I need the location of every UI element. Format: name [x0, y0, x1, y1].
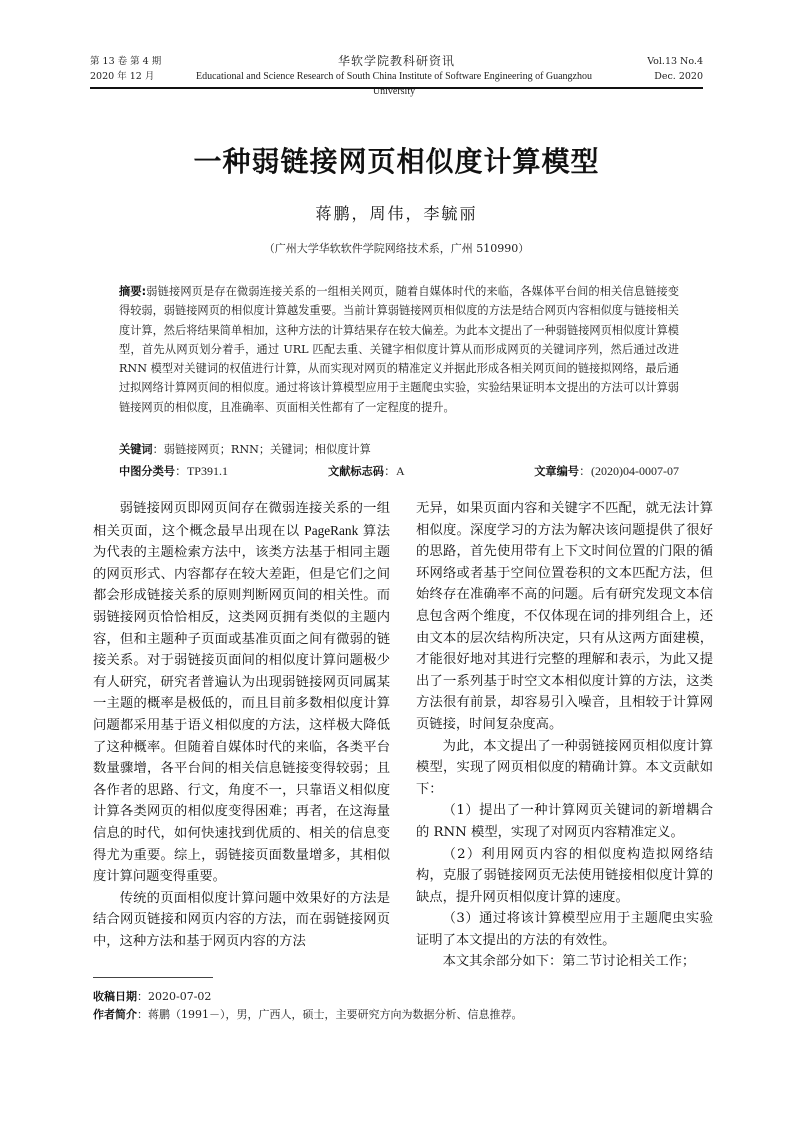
received-date: 收稿日期：2020-07-02 [93, 988, 523, 1006]
clc-label: 中图分类号 [119, 465, 175, 478]
author-bio: 作者简介：蒋鹏（1991－），男，广西人，硕士，主要研究方向为数据分析、信息推荐… [93, 1006, 523, 1024]
affiliation: （广州大学华软软件学院网络技术系，广州 510990） [0, 240, 793, 256]
classification-row: 中图分类号：TP391.1 文献标志码：A 文章编号：(2020)04-0007… [119, 462, 679, 478]
contribution-item-1: （1）提出了一种计算网页关键词的新增耦合的 RNN 模型，实现了对网页内容精准定… [416, 800, 713, 843]
body-paragraph: 传统的页面相似度计算问题中效果好的方法是结合网页链接和网页内容的方法，而在弱链接… [93, 888, 390, 953]
journal-name-cn: 华软学院教科研资讯 [90, 54, 703, 69]
body-paragraph: 本文其余部分如下：第二节讨论相关工作； [416, 951, 713, 973]
article-number-label: 文章编号 [534, 465, 579, 478]
header-divider [90, 87, 703, 89]
body-column-left: 弱链接网页即网页间存在微弱连接关系的一组相关页面，这个概念最早出现在以 Page… [93, 498, 390, 952]
contribution-item-2: （2）利用网页内容的相似度构造拟网络结构，克服了弱链接网页无法使用链接相似度计算… [416, 844, 713, 909]
keywords-text: ：弱链接网页；RNN；关键词；相似度计算 [153, 443, 371, 456]
body-paragraph: 无异，如果页面内容和关键字不匹配，就无法计算相似度。深度学习的方法为解决该问题提… [416, 498, 713, 736]
body-paragraph: 为此，本文提出了一种弱链接网页相似度计算模型，实现了网页相似度的精确计算。本文贡… [416, 736, 713, 801]
article-number-value: ：(2020)04-0007-07 [579, 464, 679, 478]
document-code-label: 文献标志码 [328, 465, 384, 478]
contribution-item-3: （3）通过将该计算模型应用于主题爬虫实验证明了本文提出的方法的有效性。 [416, 908, 713, 951]
running-header: 第 13 卷 第 4 期 华软学院教科研资讯 Vol.13 No.4 2020 … [90, 54, 703, 84]
volume-issue-en: Vol.13 No.4 [647, 54, 703, 69]
author-list: 蒋鹏，周伟，李毓丽 [0, 201, 793, 224]
document-code-value: ：A [384, 464, 405, 478]
footnotes: 收稿日期：2020-07-02 作者简介：蒋鹏（1991－），男，广西人，硕士，… [93, 988, 523, 1024]
journal-name-en: Educational and Science Research of Sout… [185, 69, 603, 99]
body-paragraph: 弱链接网页即网页间存在微弱连接关系的一组相关页面，这个概念最早出现在以 Page… [93, 498, 390, 888]
body-column-right: 无异，如果页面内容和关键字不匹配，就无法计算相似度。深度学习的方法为解决该问题提… [416, 498, 713, 973]
keywords-label: 关键词 [119, 443, 153, 456]
clc-value: ：TP391.1 [175, 464, 228, 478]
paper-title: 一种弱链接网页相似度计算模型 [0, 140, 793, 180]
keywords: 关键词：弱链接网页；RNN；关键词；相似度计算 [119, 441, 371, 457]
abstract-label: 摘要: [119, 285, 146, 298]
issue-date-cn: 2020 年 12 月 [90, 69, 154, 84]
footnote-divider [93, 977, 213, 978]
issue-date-en: Dec. 2020 [654, 69, 703, 84]
abstract: 摘要:弱链接网页是存在微弱连接关系的一组相关网页，随着自媒体时代的来临，各媒体平… [119, 282, 679, 417]
abstract-text: 弱链接网页是存在微弱连接关系的一组相关网页，随着自媒体时代的来临，各媒体平台间的… [119, 285, 679, 414]
